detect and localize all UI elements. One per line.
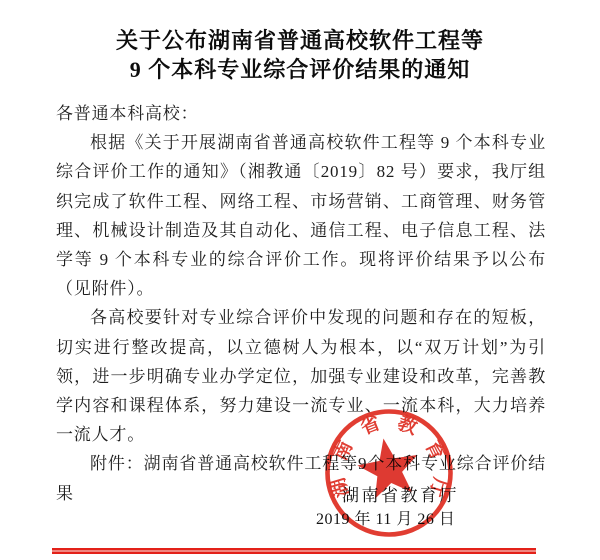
notice-body: 各普通本科高校： 根据《关于开展湖南省普通高校软件工程等 9 个本科专业综合评价… bbox=[56, 99, 546, 508]
attachment-line: 附件：湖南省普通高校软件工程等9个本科专业综合评价结果 bbox=[56, 449, 546, 507]
footer-rule bbox=[52, 548, 536, 554]
seal-star-icon bbox=[353, 433, 423, 501]
notice-title-line2: 9 个本科专业综合评价结果的通知 bbox=[0, 55, 600, 84]
body-paragraph: 根据《关于开展湖南省普通高校软件工程等 9 个本科专业综合评价工作的通知》（湘教… bbox=[56, 128, 546, 303]
salutation: 各普通本科高校： bbox=[56, 99, 546, 128]
body-paragraph: 各高校要针对专业综合评价中发现的问题和存在的短板，切实进行整改提高，以立德树人为… bbox=[56, 303, 546, 449]
notice-title: 关于公布湖南省普通高校软件工程等 9 个本科专业综合评价结果的通知 bbox=[0, 26, 600, 84]
official-seal: 湖南省教育厅 bbox=[316, 400, 462, 546]
document-page: 关于公布湖南省普通高校软件工程等 9 个本科专业综合评价结果的通知 各普通本科高… bbox=[0, 0, 600, 560]
notice-title-line1: 关于公布湖南省普通高校软件工程等 bbox=[0, 26, 600, 55]
